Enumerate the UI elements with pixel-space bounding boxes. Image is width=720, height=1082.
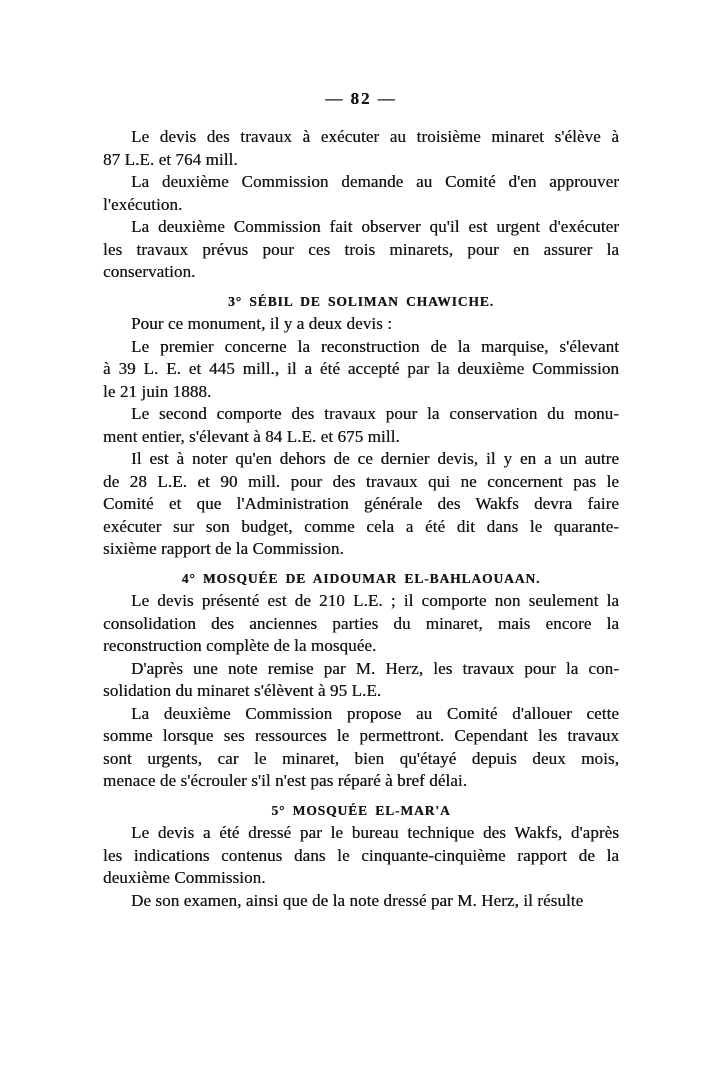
section-heading: 4° MOSQUÉE DE AIDOUMAR EL-BAHLAOUAAN. (103, 568, 619, 591)
paragraph: Le devis des travaux à exécuter au trois… (103, 126, 619, 171)
paragraph: Le premier concerne la reconstruction de… (103, 336, 619, 404)
section-heading: 3° SÉBIL DE SOLIMAN CHAWICHE. (103, 291, 619, 314)
paragraph: Pour ce monument, il y a deux devis : (103, 313, 619, 336)
paragraph: La deuxième Commission propose au Comité… (103, 703, 619, 793)
text-line: La deuxième Commission propose au Comité… (103, 703, 619, 726)
text-line: somme lorsque ses ressources le permettr… (103, 725, 619, 748)
text-line: exécuter sur son budget, comme cela a ét… (103, 516, 619, 539)
text-block: — 82 — Le devis des travaux à exécuter a… (103, 88, 619, 912)
page-number: — 82 — (103, 88, 619, 110)
text-line: consolidation des anciennes parties du m… (103, 613, 619, 636)
text-line: conservation. (103, 261, 619, 284)
text-line: deuxième Commission. (103, 867, 619, 890)
text-line: le 21 juin 1888. (103, 381, 619, 404)
text-line: De son examen, ainsi que de la note dres… (103, 890, 619, 913)
text-line: Le devis présenté est de 210 L.E. ; il c… (103, 590, 619, 613)
paragraph: La deuxième Commission demande au Comité… (103, 171, 619, 216)
text-line: de 28 L.E. et 90 mill. pour des travaux … (103, 471, 619, 494)
text-line: Le second comporte des travaux pour la c… (103, 403, 619, 426)
paragraph: Le devis présenté est de 210 L.E. ; il c… (103, 590, 619, 658)
text-line: l'exécution. (103, 194, 619, 217)
paragraph: Le second comporte des travaux pour la c… (103, 403, 619, 448)
text-line: Comité et que l'Administration générale … (103, 493, 619, 516)
text-line: à 39 L. E. et 445 mill., il a été accept… (103, 358, 619, 381)
text-line: les travaux prévus pour ces trois minare… (103, 239, 619, 262)
text-line: Le devis a été dressé par le bureau tech… (103, 822, 619, 845)
page-content: Le devis des travaux à exécuter au trois… (103, 126, 619, 912)
text-line: solidation du minaret s'élèvent à 95 L.E… (103, 680, 619, 703)
text-line: ment entier, s'élevant à 84 L.E. et 675 … (103, 426, 619, 449)
paragraph: De son examen, ainsi que de la note dres… (103, 890, 619, 913)
section-heading: 5° MOSQUÉE EL-MAR'A (103, 800, 619, 823)
text-line: 87 L.E. et 764 mill. (103, 149, 619, 172)
text-line: Pour ce monument, il y a deux devis : (103, 313, 619, 336)
text-line: La deuxième Commission fait observer qu'… (103, 216, 619, 239)
text-line: Le premier concerne la reconstruction de… (103, 336, 619, 359)
paragraph: La deuxième Commission fait observer qu'… (103, 216, 619, 284)
text-line: Il est à noter qu'en dehors de ce dernie… (103, 448, 619, 471)
paragraph: D'après une note remise par M. Herz, les… (103, 658, 619, 703)
text-line: Le devis des travaux à exécuter au trois… (103, 126, 619, 149)
text-line: D'après une note remise par M. Herz, les… (103, 658, 619, 681)
text-line: sont urgents, car le minaret, bien qu'ét… (103, 748, 619, 771)
text-line: menace de s'écrouler s'il n'est pas répa… (103, 770, 619, 793)
text-line: les indications contenus dans le cinquan… (103, 845, 619, 868)
text-line: reconstruction complète de la mosquée. (103, 635, 619, 658)
paragraph: Le devis a été dressé par le bureau tech… (103, 822, 619, 890)
text-line: La deuxième Commission demande au Comité… (103, 171, 619, 194)
scanned-page: — 82 — Le devis des travaux à exécuter a… (0, 0, 720, 1082)
text-line: sixième rapport de la Commission. (103, 538, 619, 561)
paragraph: Il est à noter qu'en dehors de ce dernie… (103, 448, 619, 561)
